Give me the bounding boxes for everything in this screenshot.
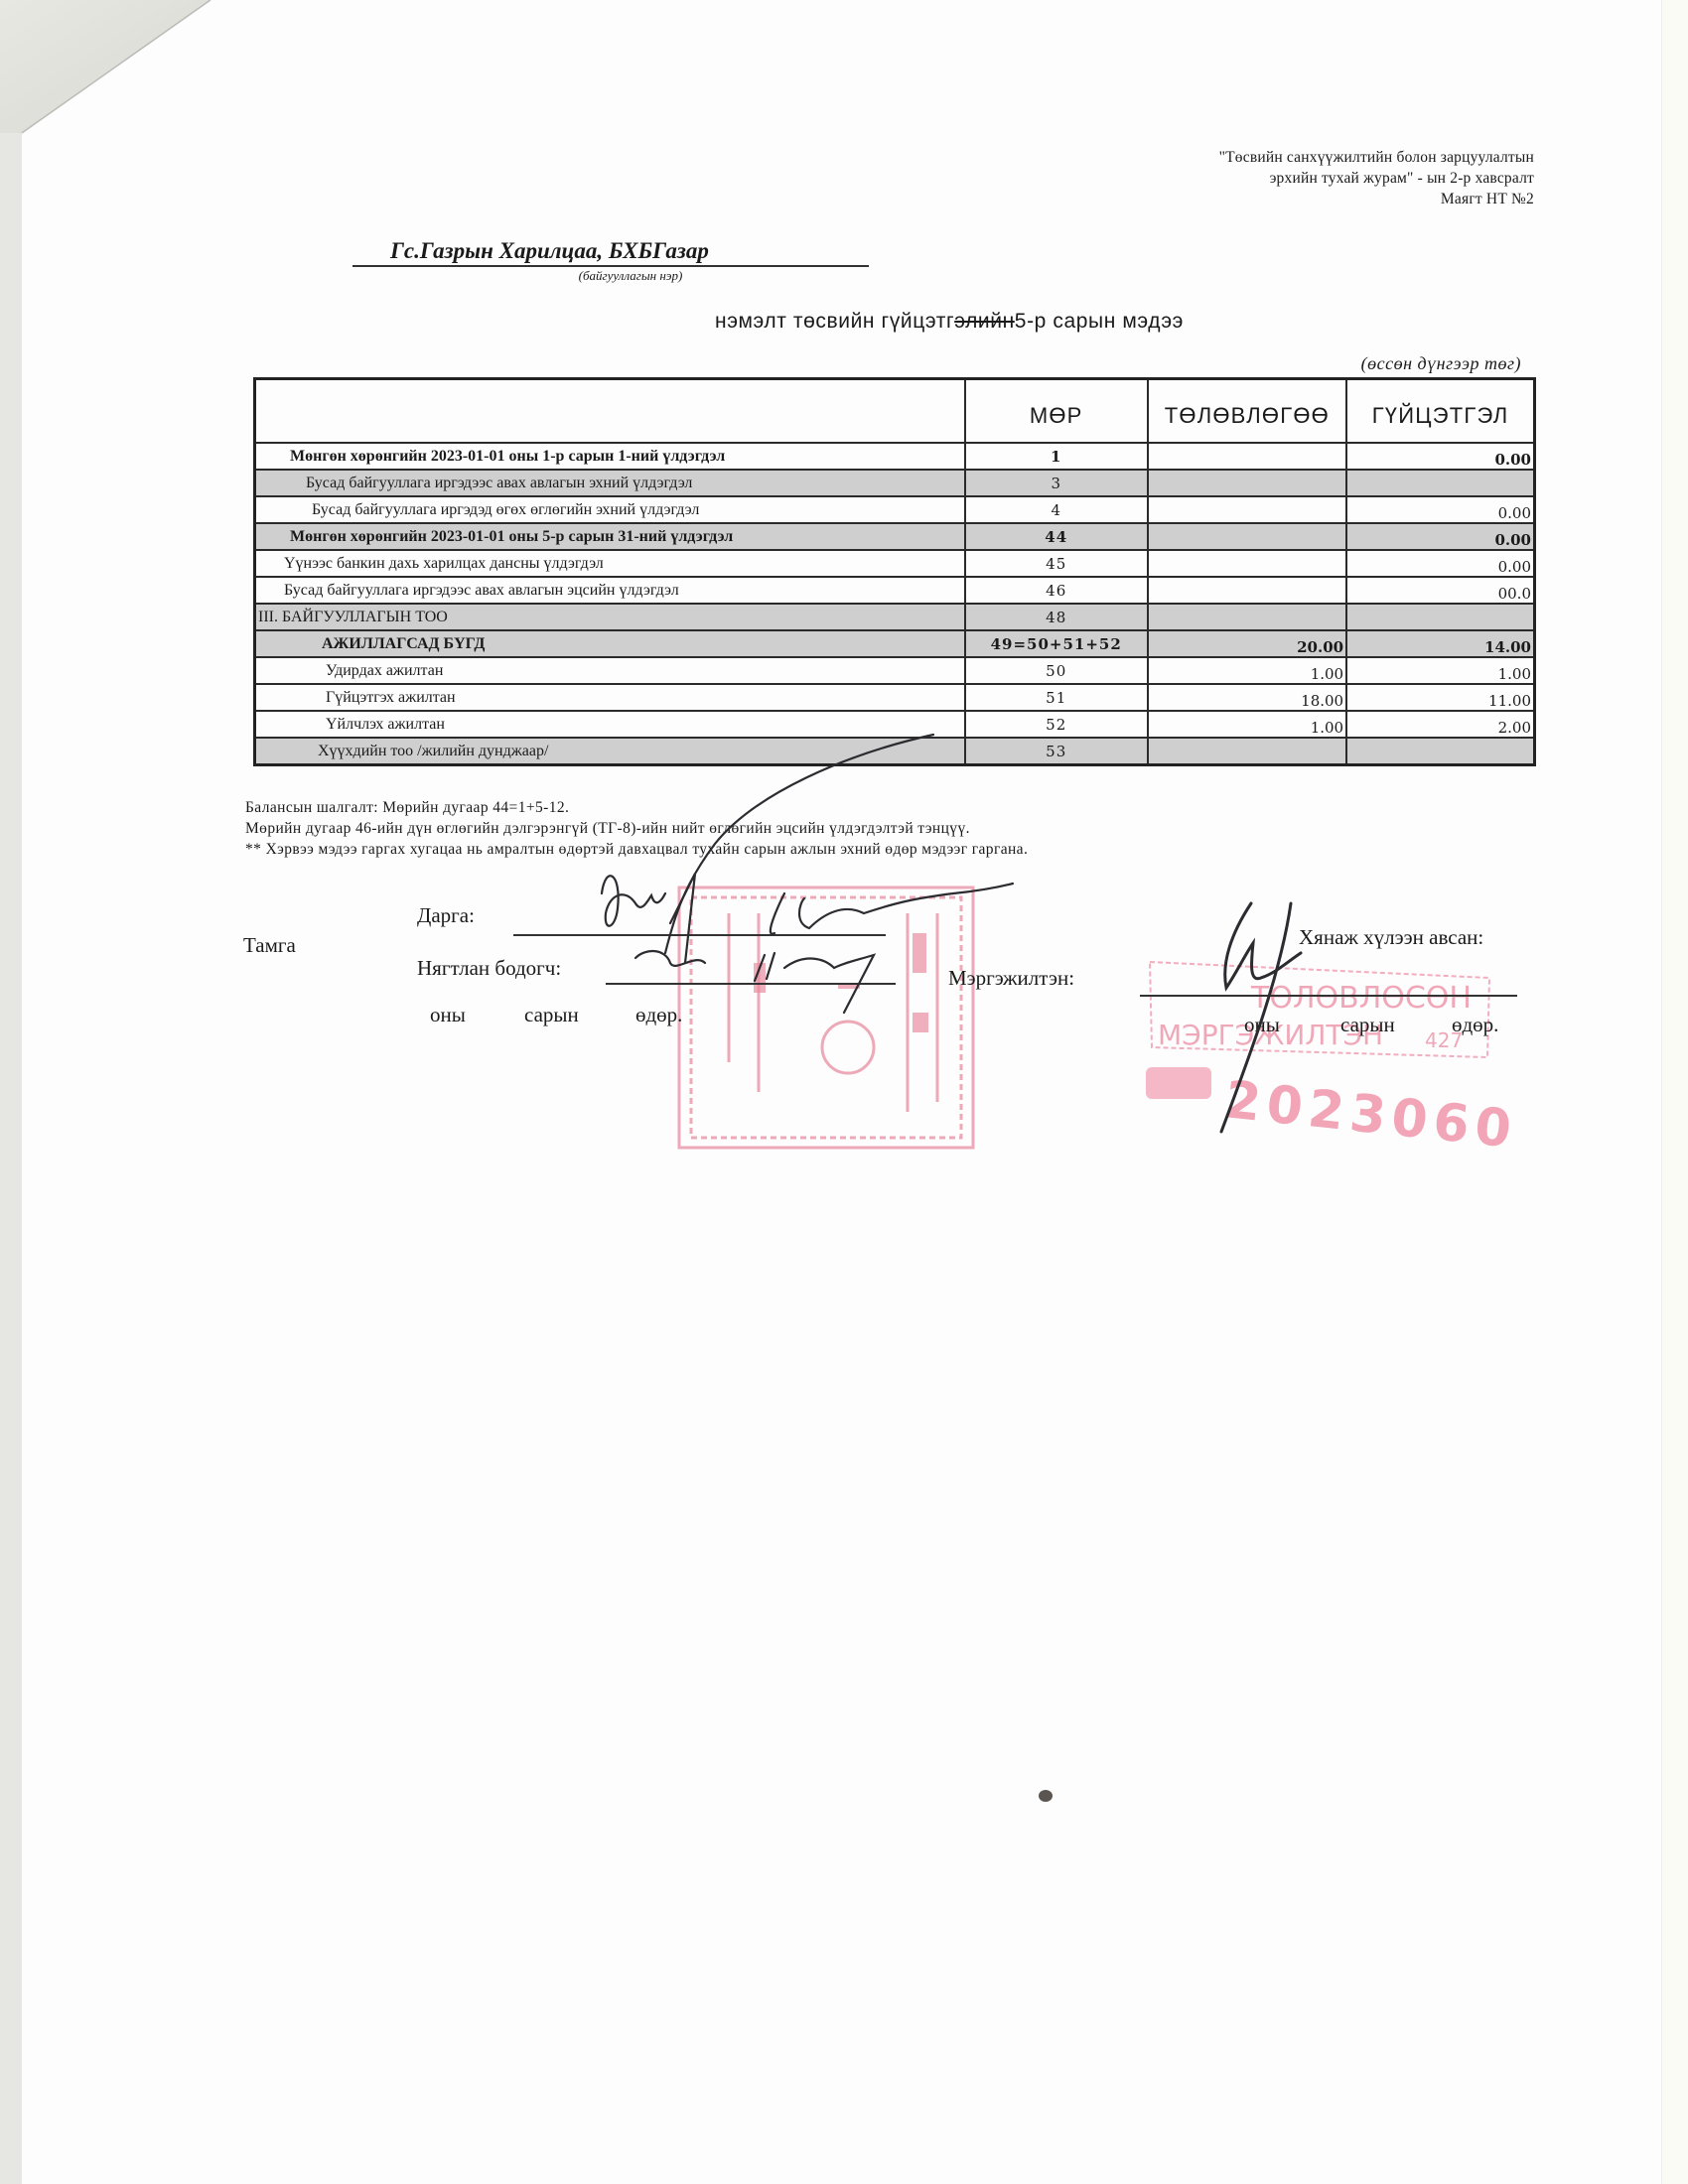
table-row: Бусад байгууллага иргэдээс авах авлагын … [255, 577, 1535, 604]
table-header-row: МӨР ТӨЛӨВЛӨГӨӨ ГҮЙЦЭТГЭЛ [255, 379, 1535, 444]
actual-value: 0.00 [1346, 523, 1534, 550]
plan-value [1148, 470, 1346, 496]
specialist-date-month-label: сарын [1340, 1013, 1395, 1037]
row-label: Бусад байгууллага иргэдээс авах авлагын … [255, 470, 965, 496]
unit-note: (өссөн дүнгээр төг) [1361, 353, 1521, 374]
handwritten-signatures [596, 725, 1092, 1023]
row-number: 1 [965, 443, 1148, 470]
accountant-label: Нягтлан бодогч: [417, 956, 561, 981]
actual-value: 14.00 [1346, 630, 1534, 657]
table-row: Удирдах ажилтан501.001.00 [255, 657, 1535, 684]
actual-value: 00.0 [1346, 577, 1534, 604]
organization-block: Гс.Газрын Харилцаа, БХБГазар (байгууллаг… [352, 238, 869, 284]
scan-ink-spot [1039, 1790, 1053, 1802]
row-number: 46 [965, 577, 1148, 604]
stamp-label: Тамга [243, 933, 296, 958]
organization-caption: (байгууллагын нэр) [352, 268, 869, 284]
form-number: Маягт НТ №2 [1219, 189, 1534, 209]
column-header-plan: ТӨЛӨВЛӨГӨӨ [1148, 379, 1346, 444]
plan-value [1148, 550, 1346, 577]
plan-value [1148, 604, 1346, 630]
table-row: Мөнгөн хөрөнгийн 2023-01-01 оны 1-р сары… [255, 443, 1535, 470]
row-label: АЖИЛЛАГСАД БҮГД [255, 630, 965, 657]
regulation-line-2: эрхийн тухай журам" - ын 2-р хавсралт [1219, 168, 1534, 189]
plan-value [1148, 523, 1346, 550]
row-number: 4 [965, 496, 1148, 523]
report-title: нэмэлт төсвийн гүйцэтгэлийн5-р сарын мэд… [715, 310, 1184, 334]
actual-value [1346, 604, 1534, 630]
row-label: Үүнээс банкин дахь харилцах дансны үлдэг… [255, 550, 965, 577]
specialist-signature [1192, 893, 1331, 1142]
actual-value: 0.00 [1346, 443, 1534, 470]
actual-value [1346, 470, 1534, 496]
plan-value: 20.00 [1148, 630, 1346, 657]
plan-value [1148, 443, 1346, 470]
report-title-prefix: нэмэлт төсвийн гүйцэтг [715, 310, 954, 333]
table-row: АЖИЛЛАГСАД БҮГД49=50+51+5220.0014.00 [255, 630, 1535, 657]
plan-value [1148, 738, 1346, 765]
report-title-struck: элийн [954, 310, 1015, 333]
row-label: Бусад байгууллага иргэдээс авах авлагын … [255, 577, 965, 604]
table-row: Мөнгөн хөрөнгийн 2023-01-01 оны 5-р сары… [255, 523, 1535, 550]
table-row: Гүйцэтгэх ажилтан5118.0011.00 [255, 684, 1535, 711]
actual-value: 11.00 [1346, 684, 1534, 711]
column-header-label [255, 379, 965, 444]
row-number: 49=50+51+52 [965, 630, 1148, 657]
actual-value: 0.00 [1346, 550, 1534, 577]
row-label: Бусад байгууллага иргэдэд өгөх өглөгийн … [255, 496, 965, 523]
plan-value: 1.00 [1148, 657, 1346, 684]
row-label: Гүйцэтгэх ажилтан [255, 684, 965, 711]
row-label: III. БАЙГУУЛЛАГЫН ТОО [255, 604, 965, 630]
row-label: Мөнгөн хөрөнгийн 2023-01-01 оны 1-р сары… [255, 443, 965, 470]
table-row: Үүнээс банкин дахь харилцах дансны үлдэг… [255, 550, 1535, 577]
column-header-row: МӨР [965, 379, 1148, 444]
organization-name: Гс.Газрын Харилцаа, БХБГазар [352, 238, 869, 267]
director-label: Дарга: [417, 903, 475, 928]
date-year-label: оны [430, 1003, 466, 1027]
row-number: 3 [965, 470, 1148, 496]
plan-value [1148, 577, 1346, 604]
table-row: Бусад байгууллага иргэдэд өгөх өглөгийн … [255, 496, 1535, 523]
plan-value [1148, 496, 1346, 523]
table-row: III. БАЙГУУЛЛАГЫН ТОО48 [255, 604, 1535, 630]
row-number: 50 [965, 657, 1148, 684]
actual-value [1346, 738, 1534, 765]
actual-value: 1.00 [1346, 657, 1534, 684]
row-label: Мөнгөн хөрөнгийн 2023-01-01 оны 5-р сары… [255, 523, 965, 550]
report-title-suffix: 5-р сарын мэдээ [1015, 310, 1184, 333]
scan-page-edge [1661, 0, 1688, 2184]
actual-value: 2.00 [1346, 711, 1534, 738]
actual-value: 0.00 [1346, 496, 1534, 523]
row-label: Удирдах ажилтан [255, 657, 965, 684]
plan-value: 1.00 [1148, 711, 1346, 738]
column-header-actual: ГҮЙЦЭТГЭЛ [1346, 379, 1534, 444]
table-body: Мөнгөн хөрөнгийн 2023-01-01 оны 1-р сары… [255, 443, 1535, 765]
regulation-reference: "Төсвийн санхүүжилтийн болон зарцуулалты… [1219, 147, 1534, 209]
row-number: 48 [965, 604, 1148, 630]
folded-corner-shadow [0, 0, 228, 139]
regulation-line-1: "Төсвийн санхүүжилтийн болон зарцуулалты… [1219, 147, 1534, 168]
scan-background-edge [0, 0, 22, 2184]
plan-value: 18.00 [1148, 684, 1346, 711]
specialist-date-day-label: өдөр. [1452, 1013, 1498, 1037]
row-number: 44 [965, 523, 1148, 550]
row-number: 45 [965, 550, 1148, 577]
date-month-label: сарын [524, 1003, 579, 1027]
table-row: Бусад байгууллага иргэдээс авах авлагын … [255, 470, 1535, 496]
budget-execution-table: МӨР ТӨЛӨВЛӨГӨӨ ГҮЙЦЭТГЭЛ Мөнгөн хөрөнгий… [253, 377, 1536, 766]
row-number: 51 [965, 684, 1148, 711]
